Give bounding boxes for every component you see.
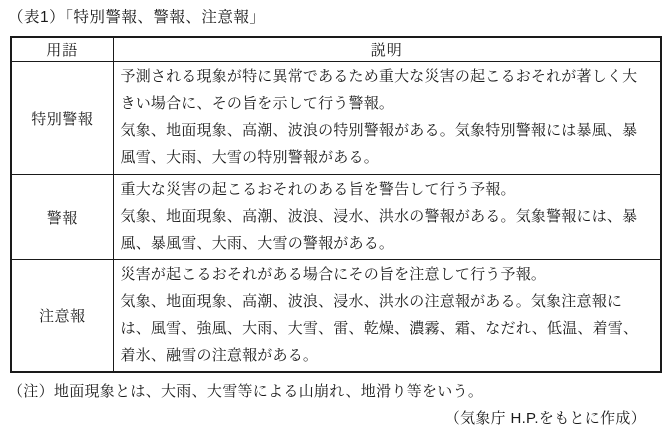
column-header-description: 説明 — [113, 37, 661, 62]
table-row: 警報 重大な災害の起こるおそれのある旨を警告して行う予報。 気象、地面現象、高潮… — [11, 175, 661, 260]
footnote: （注）地面現象とは、大雨、大雪等による山崩れ、地滑り等をいう。 — [0, 373, 670, 402]
description-paragraph: 重大な災害の起こるおそれのある旨を警告して行う予報。 — [121, 176, 653, 203]
term-cell-advisory: 注意報 — [11, 260, 113, 373]
description-cell: 重大な災害の起こるおそれのある旨を警告して行う予報。 気象、地面現象、高潮、波浪… — [113, 175, 661, 260]
column-header-term: 用語 — [11, 37, 113, 62]
source-attribution: （気象庁 H.P.をもとに作成） — [0, 402, 658, 429]
description-cell: 予測される現象が特に異常であるため重大な災害の起こるおそれが著しく大きい場合に、… — [113, 62, 661, 175]
term-cell-warning: 警報 — [11, 175, 113, 260]
description-paragraph: 気象、地面現象、高潮、波浪の特別警報がある。気象特別警報には暴風、暴風雪、大雨、… — [121, 117, 653, 171]
term-cell-special-warning: 特別警報 — [11, 62, 113, 175]
table-row: 特別警報 予測される現象が特に異常であるため重大な災害の起こるおそれが著しく大き… — [11, 62, 661, 175]
document-page: （表1）「特別警報、警報、注意報」 用語 説明 特別警報 予測される現象が特に異… — [0, 0, 670, 431]
description-paragraph: 予測される現象が特に異常であるため重大な災害の起こるおそれが著しく大きい場合に、… — [121, 63, 653, 117]
page-title: （表1）「特別警報、警報、注意報」 — [0, 0, 670, 28]
terms-table: 用語 説明 特別警報 予測される現象が特に異常であるため重大な災害の起こるおそれ… — [10, 36, 662, 373]
table-header-row: 用語 説明 — [11, 37, 661, 62]
description-paragraph: 災害が起こるおそれがある場合にその旨を注意して行う予報。 — [121, 261, 653, 288]
description-paragraph: 気象、地面現象、高潮、波浪、浸水、洪水の注意報がある。気象注意報には、風雪、強風… — [121, 288, 653, 369]
description-paragraph: 気象、地面現象、高潮、波浪、浸水、洪水の警報がある。気象警報には、暴風、暴風雪、… — [121, 203, 653, 257]
table-row: 注意報 災害が起こるおそれがある場合にその旨を注意して行う予報。 気象、地面現象… — [11, 260, 661, 373]
description-cell: 災害が起こるおそれがある場合にその旨を注意して行う予報。 気象、地面現象、高潮、… — [113, 260, 661, 373]
